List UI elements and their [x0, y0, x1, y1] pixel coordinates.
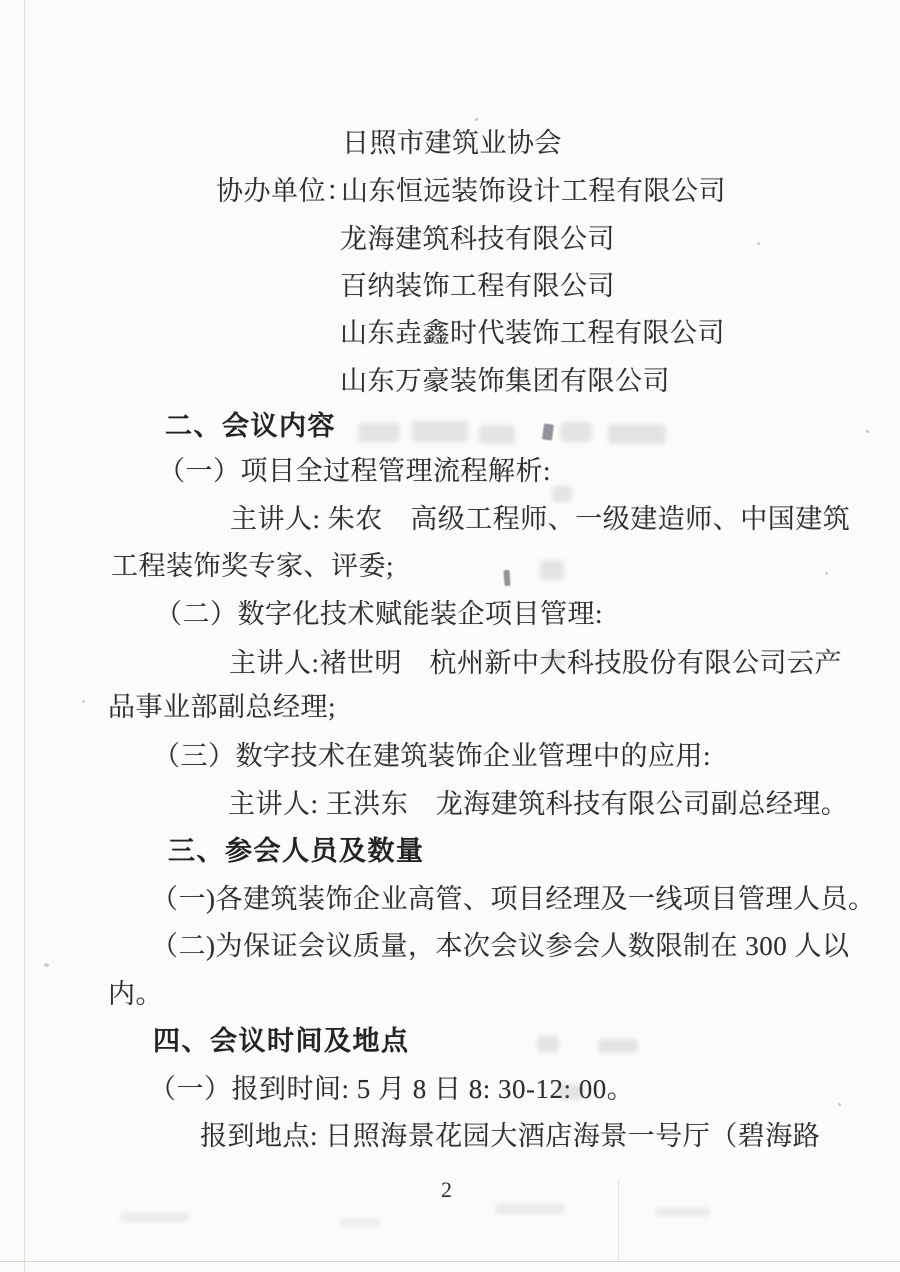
- co-organizer-item: 山东万豪装饰集团有限公司: [340, 366, 670, 396]
- scan-artifact: [558, 1084, 584, 1100]
- scan-artifact: [598, 1039, 638, 1053]
- scan-artifact: [495, 1203, 565, 1215]
- co-organizer-item: 龙海建筑科技有限公司: [340, 224, 615, 254]
- scan-speckle: [866, 430, 869, 433]
- agenda-item-2-title: （二）数字化技术赋能装企项目管理:: [155, 599, 603, 629]
- agenda-item-3-title: （三）数字技术在建筑装饰企业管理中的应用:: [153, 741, 711, 771]
- scan-artifact: [412, 421, 468, 442]
- scan-speckle: [838, 1103, 841, 1106]
- co-organizer-item: 山东恒远装饰设计工程有限公司: [341, 176, 726, 206]
- co-organizer-item: 百纳装饰工程有限公司: [340, 271, 615, 301]
- scan-edge-line-bottom: [0, 1261, 900, 1262]
- attendees-item-2: （二)为保证会议质量，本次会议参会人数限制在 300 人以: [151, 931, 850, 961]
- co-organizer-item: 山东垚鑫时代装饰工程有限公司: [340, 318, 725, 348]
- section-heading-meeting-content: 二、会议内容: [165, 411, 336, 441]
- registration-place-line: 报到地点: 日照海景花园大酒店海景一号厅（碧海路: [200, 1121, 820, 1151]
- organizer-continued-line: 日照市建筑业协会: [342, 128, 562, 158]
- co-organizer-label: 协办单位：: [216, 176, 354, 206]
- scan-artifact: [503, 570, 510, 586]
- scan-edge-line-bottom-right: [618, 1180, 619, 1262]
- scan-speckle: [44, 963, 49, 967]
- page-number: 2: [441, 1177, 452, 1203]
- scan-artifact: [655, 1207, 710, 1217]
- agenda-item-1-speaker-continued: 工程装饰奖专家、评委;: [111, 551, 394, 581]
- scan-artifact: [560, 422, 592, 442]
- scan-artifact: [340, 1218, 380, 1227]
- scan-artifact: [552, 486, 572, 502]
- scan-artifact: [546, 650, 564, 666]
- scan-artifact: [540, 560, 564, 580]
- scan-artifact: [537, 1036, 559, 1052]
- scanned-document-page: 日照市建筑业协会 协办单位： 山东恒远装饰设计工程有限公司 龙海建筑科技有限公司…: [0, 0, 900, 1272]
- agenda-item-3-speaker: 主讲人: 王洪东 龙海建筑科技有限公司副总经理。: [228, 789, 848, 819]
- agenda-item-2-speaker: 主讲人:褚世明 杭州新中大科技股份有限公司云产: [229, 648, 842, 678]
- section-heading-time-place: 四、会议时间及地点: [153, 1026, 410, 1056]
- scan-artifact: [542, 423, 554, 440]
- agenda-item-1-speaker: 主讲人: 朱农 高级工程师、一级建造师、中国建筑: [230, 504, 850, 534]
- scan-speckle: [825, 572, 828, 575]
- attendees-item-2-continued: 内。: [108, 979, 163, 1009]
- scan-speckle: [82, 700, 85, 703]
- section-heading-attendees: 三、参会人员及数量: [168, 836, 425, 866]
- scan-artifact: [358, 423, 400, 442]
- agenda-item-2-speaker-continued: 品事业部副总经理;: [108, 692, 336, 722]
- scan-speckle: [475, 118, 478, 121]
- attendees-item-1: （一)各建筑装饰企业高管、项目经理及一线项目管理人员。: [151, 884, 876, 914]
- scan-edge-line-left: [24, 0, 25, 1272]
- scan-artifact: [479, 425, 515, 444]
- scan-artifact: [120, 1212, 190, 1222]
- scan-artifact: [608, 424, 666, 444]
- scan-speckle: [757, 242, 760, 245]
- agenda-item-1-title: （一）项目全过程管理流程解析:: [158, 456, 551, 486]
- scan-speckle: [521, 934, 524, 937]
